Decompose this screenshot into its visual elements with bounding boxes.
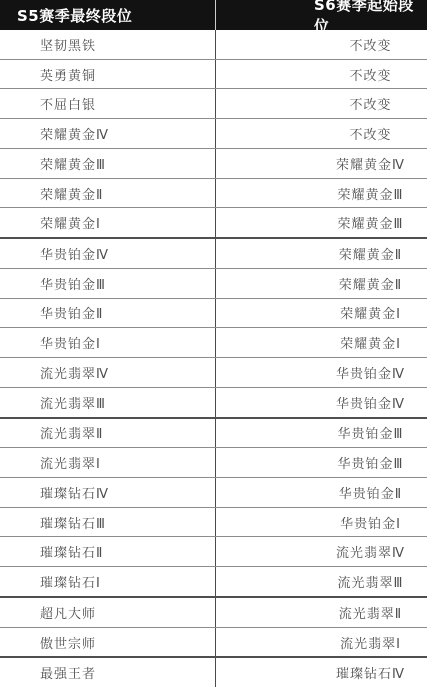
s5-rank-cell: 华贵铂金Ⅱ bbox=[0, 299, 215, 328]
table-row: 荣耀黄金Ⅲ荣耀黄金Ⅳ bbox=[0, 148, 427, 178]
table-row: 璀璨钻石Ⅰ流光翡翠Ⅲ bbox=[0, 566, 427, 596]
table-row: 璀璨钻石Ⅱ流光翡翠Ⅳ bbox=[0, 536, 427, 566]
s5-rank-cell: 荣耀黄金Ⅱ bbox=[0, 179, 215, 208]
s5-rank-cell: 华贵铂金Ⅳ bbox=[0, 239, 215, 268]
s5-rank-cell: 坚韧黑铁 bbox=[0, 30, 215, 59]
s5-rank-cell: 荣耀黄金Ⅲ bbox=[0, 149, 215, 178]
table-row: 超凡大师流光翡翠Ⅱ bbox=[0, 596, 427, 627]
table-row: 流光翡翠Ⅲ华贵铂金Ⅳ bbox=[0, 387, 427, 417]
s5-rank-cell: 璀璨钻石Ⅱ bbox=[0, 537, 215, 566]
table-row: 流光翡翠Ⅱ华贵铂金Ⅲ bbox=[0, 417, 427, 448]
s6-rank-cell: 不改变 bbox=[215, 119, 427, 148]
table-row: 荣耀黄金Ⅱ荣耀黄金Ⅲ bbox=[0, 178, 427, 208]
table-row: 最强王者璀璨钻石Ⅳ bbox=[0, 656, 427, 687]
s5-rank-cell: 璀璨钻石Ⅲ bbox=[0, 508, 215, 537]
table-row: 璀璨钻石Ⅳ华贵铂金Ⅱ bbox=[0, 477, 427, 507]
s5-rank-cell: 流光翡翠Ⅳ bbox=[0, 358, 215, 387]
table-row: 不屈白银不改变 bbox=[0, 88, 427, 118]
s5-rank-cell: 流光翡翠Ⅱ bbox=[0, 419, 215, 448]
s5-rank-cell: 流光翡翠Ⅰ bbox=[0, 448, 215, 477]
table-row: 华贵铂金Ⅱ荣耀黄金Ⅰ bbox=[0, 298, 427, 328]
s6-rank-cell: 不改变 bbox=[215, 89, 427, 118]
s5-rank-cell: 流光翡翠Ⅲ bbox=[0, 388, 215, 417]
s5-rank-cell: 荣耀黄金Ⅰ bbox=[0, 208, 215, 237]
s6-rank-cell: 荣耀黄金Ⅱ bbox=[215, 269, 427, 298]
s6-rank-cell: 荣耀黄金Ⅰ bbox=[215, 299, 427, 328]
s6-rank-cell: 流光翡翠Ⅰ bbox=[215, 628, 427, 657]
s5-rank-cell: 英勇黄铜 bbox=[0, 60, 215, 89]
s6-rank-cell: 华贵铂金Ⅳ bbox=[215, 388, 427, 417]
s5-rank-cell: 最强王者 bbox=[0, 658, 215, 687]
s5-rank-cell: 超凡大师 bbox=[0, 598, 215, 627]
s6-rank-cell: 流光翡翠Ⅲ bbox=[215, 567, 427, 596]
s5-rank-cell: 傲世宗师 bbox=[0, 628, 215, 657]
s5-rank-cell: 荣耀黄金Ⅳ bbox=[0, 119, 215, 148]
column-header-s5-final-rank: S5赛季最终段位 bbox=[0, 0, 215, 30]
table-row: 荣耀黄金Ⅰ荣耀黄金Ⅲ bbox=[0, 207, 427, 237]
table-row: 流光翡翠Ⅳ华贵铂金Ⅳ bbox=[0, 357, 427, 387]
table-row: 坚韧黑铁不改变 bbox=[0, 30, 427, 59]
s6-rank-cell: 华贵铂金Ⅳ bbox=[215, 358, 427, 387]
table-row: 傲世宗师流光翡翠Ⅰ bbox=[0, 627, 427, 657]
s5-rank-cell: 璀璨钻石Ⅳ bbox=[0, 478, 215, 507]
s6-rank-cell: 华贵铂金Ⅰ bbox=[215, 508, 427, 537]
table-row: 华贵铂金Ⅳ荣耀黄金Ⅱ bbox=[0, 237, 427, 268]
s5-rank-cell: 璀璨钻石Ⅰ bbox=[0, 567, 215, 596]
s6-rank-cell: 流光翡翠Ⅱ bbox=[215, 598, 427, 627]
table-header: S5赛季最终段位 S6赛季起始段位 bbox=[0, 0, 427, 30]
s6-rank-cell: 华贵铂金Ⅲ bbox=[215, 419, 427, 448]
s6-rank-cell: 荣耀黄金Ⅲ bbox=[215, 179, 427, 208]
table-row: 流光翡翠Ⅰ华贵铂金Ⅲ bbox=[0, 447, 427, 477]
table-row: 荣耀黄金Ⅳ不改变 bbox=[0, 118, 427, 148]
rank-conversion-table: S5赛季最终段位 S6赛季起始段位 坚韧黑铁不改变英勇黄铜不改变不屈白银不改变荣… bbox=[0, 0, 427, 687]
table-row: 华贵铂金Ⅰ荣耀黄金Ⅰ bbox=[0, 327, 427, 357]
s5-rank-cell: 不屈白银 bbox=[0, 89, 215, 118]
s6-rank-cell: 不改变 bbox=[215, 60, 427, 89]
s6-rank-cell: 荣耀黄金Ⅳ bbox=[215, 149, 427, 178]
s6-rank-cell: 流光翡翠Ⅳ bbox=[215, 537, 427, 566]
table-row: 英勇黄铜不改变 bbox=[0, 59, 427, 89]
s6-rank-cell: 荣耀黄金Ⅰ bbox=[215, 328, 427, 357]
table-row: 璀璨钻石Ⅲ华贵铂金Ⅰ bbox=[0, 507, 427, 537]
s6-rank-cell: 荣耀黄金Ⅲ bbox=[215, 208, 427, 237]
s6-rank-cell: 璀璨钻石Ⅳ bbox=[215, 658, 427, 687]
s6-rank-cell: 不改变 bbox=[215, 30, 427, 59]
s6-rank-cell: 荣耀黄金Ⅱ bbox=[215, 239, 427, 268]
s5-rank-cell: 华贵铂金Ⅲ bbox=[0, 269, 215, 298]
column-header-s6-starting-rank: S6赛季起始段位 bbox=[215, 0, 427, 30]
s5-rank-cell: 华贵铂金Ⅰ bbox=[0, 328, 215, 357]
s6-rank-cell: 华贵铂金Ⅲ bbox=[215, 448, 427, 477]
table-body: 坚韧黑铁不改变英勇黄铜不改变不屈白银不改变荣耀黄金Ⅳ不改变荣耀黄金Ⅲ荣耀黄金Ⅳ荣… bbox=[0, 30, 427, 687]
table-row: 华贵铂金Ⅲ荣耀黄金Ⅱ bbox=[0, 268, 427, 298]
s6-rank-cell: 华贵铂金Ⅱ bbox=[215, 478, 427, 507]
